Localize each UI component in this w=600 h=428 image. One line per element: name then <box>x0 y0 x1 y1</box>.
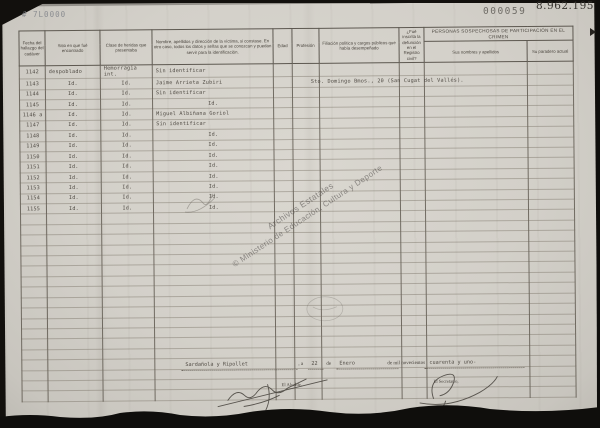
cell-paradero <box>527 85 573 96</box>
header-nombre: Nombre, apellidos y dirección de la víct… <box>152 29 273 65</box>
cell-heridas <box>102 234 154 245</box>
cell-edad <box>275 306 294 317</box>
cell-edad <box>273 87 292 98</box>
header-registro: ¿Fué inscrita la defunción en el Registr… <box>399 27 424 62</box>
cell-no: 1147 <box>20 120 46 131</box>
cell-profesion <box>293 108 320 119</box>
cell-sitio: Id. <box>45 78 100 89</box>
cell-paradero <box>528 105 574 116</box>
dotted-line <box>336 367 398 370</box>
cell-sitio: Id. <box>46 151 101 162</box>
header-sub-paradero: Su paradero actual <box>527 41 573 62</box>
cell-sitio <box>48 349 103 360</box>
cell-sitio <box>48 328 103 339</box>
cell-sitio: Id. <box>46 141 101 152</box>
cell-no: 1142 <box>19 66 45 79</box>
cell-edad <box>274 139 293 150</box>
cell-no <box>21 266 47 277</box>
cell-sitio <box>47 234 102 245</box>
cell-paradero <box>529 293 575 304</box>
cell-registro <box>401 284 426 295</box>
cell-edad <box>273 77 292 88</box>
cell-registro <box>401 221 426 232</box>
cell-no: 1143 <box>19 79 45 90</box>
cell-profesion <box>294 285 321 296</box>
cell-registro <box>401 273 426 284</box>
cell-filiacion <box>321 284 401 295</box>
cell-filiacion <box>322 326 402 337</box>
cell-profesion <box>293 139 320 150</box>
cell-no: 1155 <box>20 204 46 215</box>
cell-sitio <box>47 276 102 287</box>
cell-no: 1153 <box>20 183 46 194</box>
cell-no <box>21 318 47 329</box>
cell-paradero <box>527 61 573 74</box>
cell-registro <box>399 86 424 97</box>
cell-sitio <box>47 255 102 266</box>
cell-filiacion <box>319 86 399 97</box>
cell-sitio <box>47 266 102 277</box>
cell-registro <box>399 63 424 76</box>
cell-paradero <box>530 345 576 356</box>
header-heridas: Clase de heridas que presentaba <box>100 30 152 66</box>
cell-heridas: Id. <box>101 151 153 162</box>
cell-registro <box>402 336 427 347</box>
cell-edad <box>276 347 295 358</box>
cell-sitio: Id. <box>46 182 101 193</box>
table-header: Fecha del hallazgo del cadáver Sitio en … <box>19 26 573 66</box>
cell-filiacion <box>320 117 400 128</box>
cell-sitio: Id. <box>46 110 101 121</box>
cell-profesion <box>293 118 320 129</box>
cell-edad <box>274 160 293 171</box>
cell-no <box>21 256 47 267</box>
scan-edge-top <box>0 0 600 3</box>
cell-paradero <box>528 168 574 179</box>
cell-profesion <box>294 274 321 285</box>
cell-registro <box>400 200 425 211</box>
cell-profesion <box>295 326 322 337</box>
cell-profesion <box>292 63 319 76</box>
cell-paradero <box>528 199 574 210</box>
cell-filiacion <box>321 315 401 326</box>
cell-profesion <box>294 316 321 327</box>
cell-sitio <box>47 307 102 318</box>
cell-sitio: Id. <box>46 203 101 214</box>
cell-filiacion <box>321 273 401 284</box>
cell-edad <box>275 295 294 306</box>
serial-number-stamp: 8.962.195 <box>536 0 594 12</box>
cell-no <box>21 235 47 246</box>
cell-edad <box>276 337 295 348</box>
cell-registro <box>400 117 425 128</box>
cell-paradero <box>528 126 574 137</box>
cell-profesion <box>292 87 319 98</box>
footer-de: de <box>326 362 331 367</box>
cell-filiacion <box>320 128 400 139</box>
cell-profesion <box>294 243 321 254</box>
cell-filiacion <box>322 336 402 347</box>
table-body: 1142despobladoHemorragia int.Sin identif… <box>19 61 576 401</box>
cell-no: 1152 <box>20 173 46 184</box>
cell-profesion <box>293 160 320 171</box>
cell-sitio <box>47 245 102 256</box>
top-left-code: # 7L0000 <box>22 10 66 19</box>
cell-heridas: Id. <box>101 109 153 120</box>
cell-filiacion <box>321 294 401 305</box>
cell-no <box>21 308 47 319</box>
cell-edad <box>275 264 294 275</box>
cell-paradero <box>529 251 575 262</box>
cell-registro <box>401 304 426 315</box>
cell-edad <box>274 108 293 119</box>
cell-edad <box>275 285 294 296</box>
header-edad: Edad <box>273 29 292 64</box>
cell-edad <box>275 316 294 327</box>
cell-paradero <box>529 241 575 252</box>
cell-filiacion <box>321 263 401 274</box>
cell-sitio <box>47 214 102 225</box>
dotted-line <box>308 368 323 370</box>
cell-filiacion <box>320 138 400 149</box>
cell-profesion <box>294 264 321 275</box>
cell-heridas <box>103 338 155 349</box>
cell-heridas: Id. <box>101 120 153 131</box>
cell-paradero <box>529 210 575 221</box>
cell-paradero <box>528 158 574 169</box>
footer-year-printed: de mil novecientos <box>387 361 425 366</box>
cell-no: 1148 <box>20 131 46 142</box>
cell-profesion <box>295 337 322 348</box>
cell-heridas: Hemorragia int. <box>100 65 152 78</box>
cell-registro <box>401 242 426 253</box>
cell-edad <box>274 191 293 202</box>
header-fecha: Fecha del hallazgo del cadáver <box>19 31 45 66</box>
header-sospechosas-group: PERSONAS SOSPECHOSAS DE PARTICIPACIÓN EN… <box>424 26 573 42</box>
page-number-stamp: 000059 <box>483 6 526 17</box>
cell-heridas: Id. <box>101 182 153 193</box>
cell-no <box>21 225 47 236</box>
cell-paradero <box>529 272 575 283</box>
cell-filiacion: Sto. Domingo Bmos., 20 (San Cugat del Va… <box>319 76 399 87</box>
scan-artifact-right <box>590 28 596 36</box>
cell-no: 1144 <box>19 89 45 100</box>
cell-heridas: Id. <box>101 192 153 203</box>
cell-filiacion <box>321 305 401 316</box>
cell-no: 1150 <box>20 152 46 163</box>
cell-no <box>21 214 47 225</box>
cell-sitio: Id. <box>46 130 101 141</box>
cell-registro <box>400 159 425 170</box>
cell-profesion <box>294 253 321 264</box>
cell-filiacion <box>321 253 401 264</box>
cell-heridas: Id. <box>100 88 152 99</box>
cell-profesion <box>294 295 321 306</box>
paper-sheet: Fecha del hallazgo del cadáver Sitio en … <box>2 1 598 418</box>
cell-paradero <box>528 147 574 158</box>
cell-no <box>22 339 48 350</box>
cell-registro <box>401 263 426 274</box>
cell-sitio <box>47 318 102 329</box>
cell-sitio: Id. <box>46 193 101 204</box>
cell-no <box>21 277 47 288</box>
cell-profesion <box>293 149 320 160</box>
footer-dateline: Sardañola y Ripollet , a 22 de Enero de … <box>5 355 600 400</box>
cell-registro <box>401 232 426 243</box>
cell-heridas <box>102 307 154 318</box>
cell-registro <box>400 107 425 118</box>
cell-edad <box>274 98 293 109</box>
cell-heridas <box>103 348 155 359</box>
cell-sospechosos <box>424 62 527 76</box>
cell-heridas <box>102 255 154 266</box>
cell-sitio <box>47 297 102 308</box>
header-sub-nombres: Sus nombres y apellidos <box>424 41 527 63</box>
cell-profesion <box>294 305 321 316</box>
cell-heridas <box>102 286 154 297</box>
cell-profesion <box>294 233 321 244</box>
cell-edad <box>276 326 295 337</box>
cell-heridas <box>102 244 154 255</box>
cell-registro <box>401 211 426 222</box>
cell-paradero <box>528 178 574 189</box>
cell-heridas: Id. <box>101 140 153 151</box>
cell-registro <box>400 96 425 107</box>
cell-registro <box>400 128 425 139</box>
cell-edad <box>274 181 293 192</box>
cell-filiacion <box>319 63 399 77</box>
cell-registro <box>400 148 425 159</box>
cell-paradero <box>527 74 573 85</box>
cell-no <box>22 349 48 360</box>
cell-edad <box>273 64 292 77</box>
cell-filiacion <box>322 346 402 357</box>
header-profesion: Profesión <box>292 28 319 63</box>
footer-comma-a: , a <box>298 362 303 367</box>
cell-heridas <box>102 296 154 307</box>
cell-edad <box>275 254 294 265</box>
cell-profesion <box>295 347 322 358</box>
cell-registro <box>401 294 426 305</box>
cell-paradero <box>529 314 575 325</box>
header-filiacion: Filiación política y cargos públicos que… <box>319 28 399 64</box>
cell-no: 1145 <box>20 100 46 111</box>
cell-paradero <box>530 324 576 335</box>
cell-no <box>22 329 48 340</box>
cell-heridas: Id. <box>101 161 153 172</box>
cell-nombre: Sin identificar <box>152 64 273 78</box>
cell-sitio: despoblado <box>45 65 100 78</box>
cell-sitio: Id. <box>45 89 100 100</box>
footer-year-typed: cuarenta y uno- <box>429 359 476 365</box>
cell-paradero <box>530 334 576 345</box>
cell-sitio: Id. <box>46 172 101 183</box>
cell-heridas <box>102 213 154 224</box>
cell-filiacion <box>320 107 400 118</box>
cell-profesion <box>293 129 320 140</box>
cell-heridas: Id. <box>100 78 152 89</box>
cell-heridas <box>102 265 154 276</box>
cell-paradero <box>528 189 574 200</box>
dotted-line <box>181 368 297 371</box>
cell-heridas <box>102 276 154 287</box>
scanned-registry-page: Fecha del hallazgo del cadáver Sitio en … <box>0 0 600 428</box>
dotted-line <box>424 366 524 369</box>
cell-edad <box>274 170 293 181</box>
cell-no <box>21 245 47 256</box>
cell-no: 1149 <box>20 141 46 152</box>
cell-no <box>21 287 47 298</box>
cell-paradero <box>528 137 574 148</box>
cell-paradero <box>529 303 575 314</box>
cell-heridas: Id. <box>101 130 153 141</box>
cell-heridas: Id. <box>101 99 153 110</box>
header-sitio: Sitio en que fué encontrado <box>45 30 100 66</box>
cell-profesion <box>293 97 320 108</box>
cell-registro <box>402 346 427 357</box>
cell-heridas <box>102 317 154 328</box>
cell-edad <box>275 274 294 285</box>
cell-registro <box>400 138 425 149</box>
cell-profesion <box>293 170 320 181</box>
cell-registro <box>402 325 427 336</box>
cell-heridas <box>102 224 154 235</box>
cell-sitio: Id. <box>46 120 101 131</box>
cell-edad <box>274 129 293 140</box>
cell-sitio <box>47 287 102 298</box>
cell-paradero <box>529 230 575 241</box>
cell-sitio: Id. <box>46 99 101 110</box>
cell-heridas: Id. <box>101 203 153 214</box>
cell-sitio: Id. <box>46 162 101 173</box>
cell-edad <box>274 118 293 129</box>
cell-paradero <box>529 262 575 273</box>
cell-filiacion <box>321 221 401 232</box>
cell-registro <box>401 252 426 263</box>
cell-edad <box>275 243 294 254</box>
cell-filiacion <box>321 211 401 222</box>
cell-paradero <box>529 282 575 293</box>
cell-registro <box>400 190 425 201</box>
cell-no <box>21 297 47 308</box>
cell-no: 1154 <box>20 193 46 204</box>
cell-filiacion <box>321 232 401 243</box>
secretario-label: El Secretario, <box>433 379 458 384</box>
cell-registro <box>401 315 426 326</box>
cell-filiacion <box>320 97 400 108</box>
cell-paradero <box>528 116 574 127</box>
cell-heridas <box>103 328 155 339</box>
cell-paradero <box>528 95 574 106</box>
cell-edad <box>274 150 293 161</box>
cell-paradero <box>529 220 575 231</box>
cell-sitio <box>47 224 102 235</box>
cell-no: 1146 a <box>20 110 46 121</box>
cell-sitio <box>48 339 103 350</box>
alcalde-label: El Alcalde, <box>282 382 302 387</box>
cell-heridas: Id. <box>101 172 153 183</box>
footer-day: 22 <box>311 361 317 367</box>
cell-registro <box>400 169 425 180</box>
footer-month: Enero <box>339 361 355 367</box>
cell-registro <box>400 180 425 191</box>
cell-filiacion <box>321 242 401 253</box>
footer-place: Sardañola y Ripollet <box>185 361 248 368</box>
cell-no: 1151 <box>20 162 46 173</box>
